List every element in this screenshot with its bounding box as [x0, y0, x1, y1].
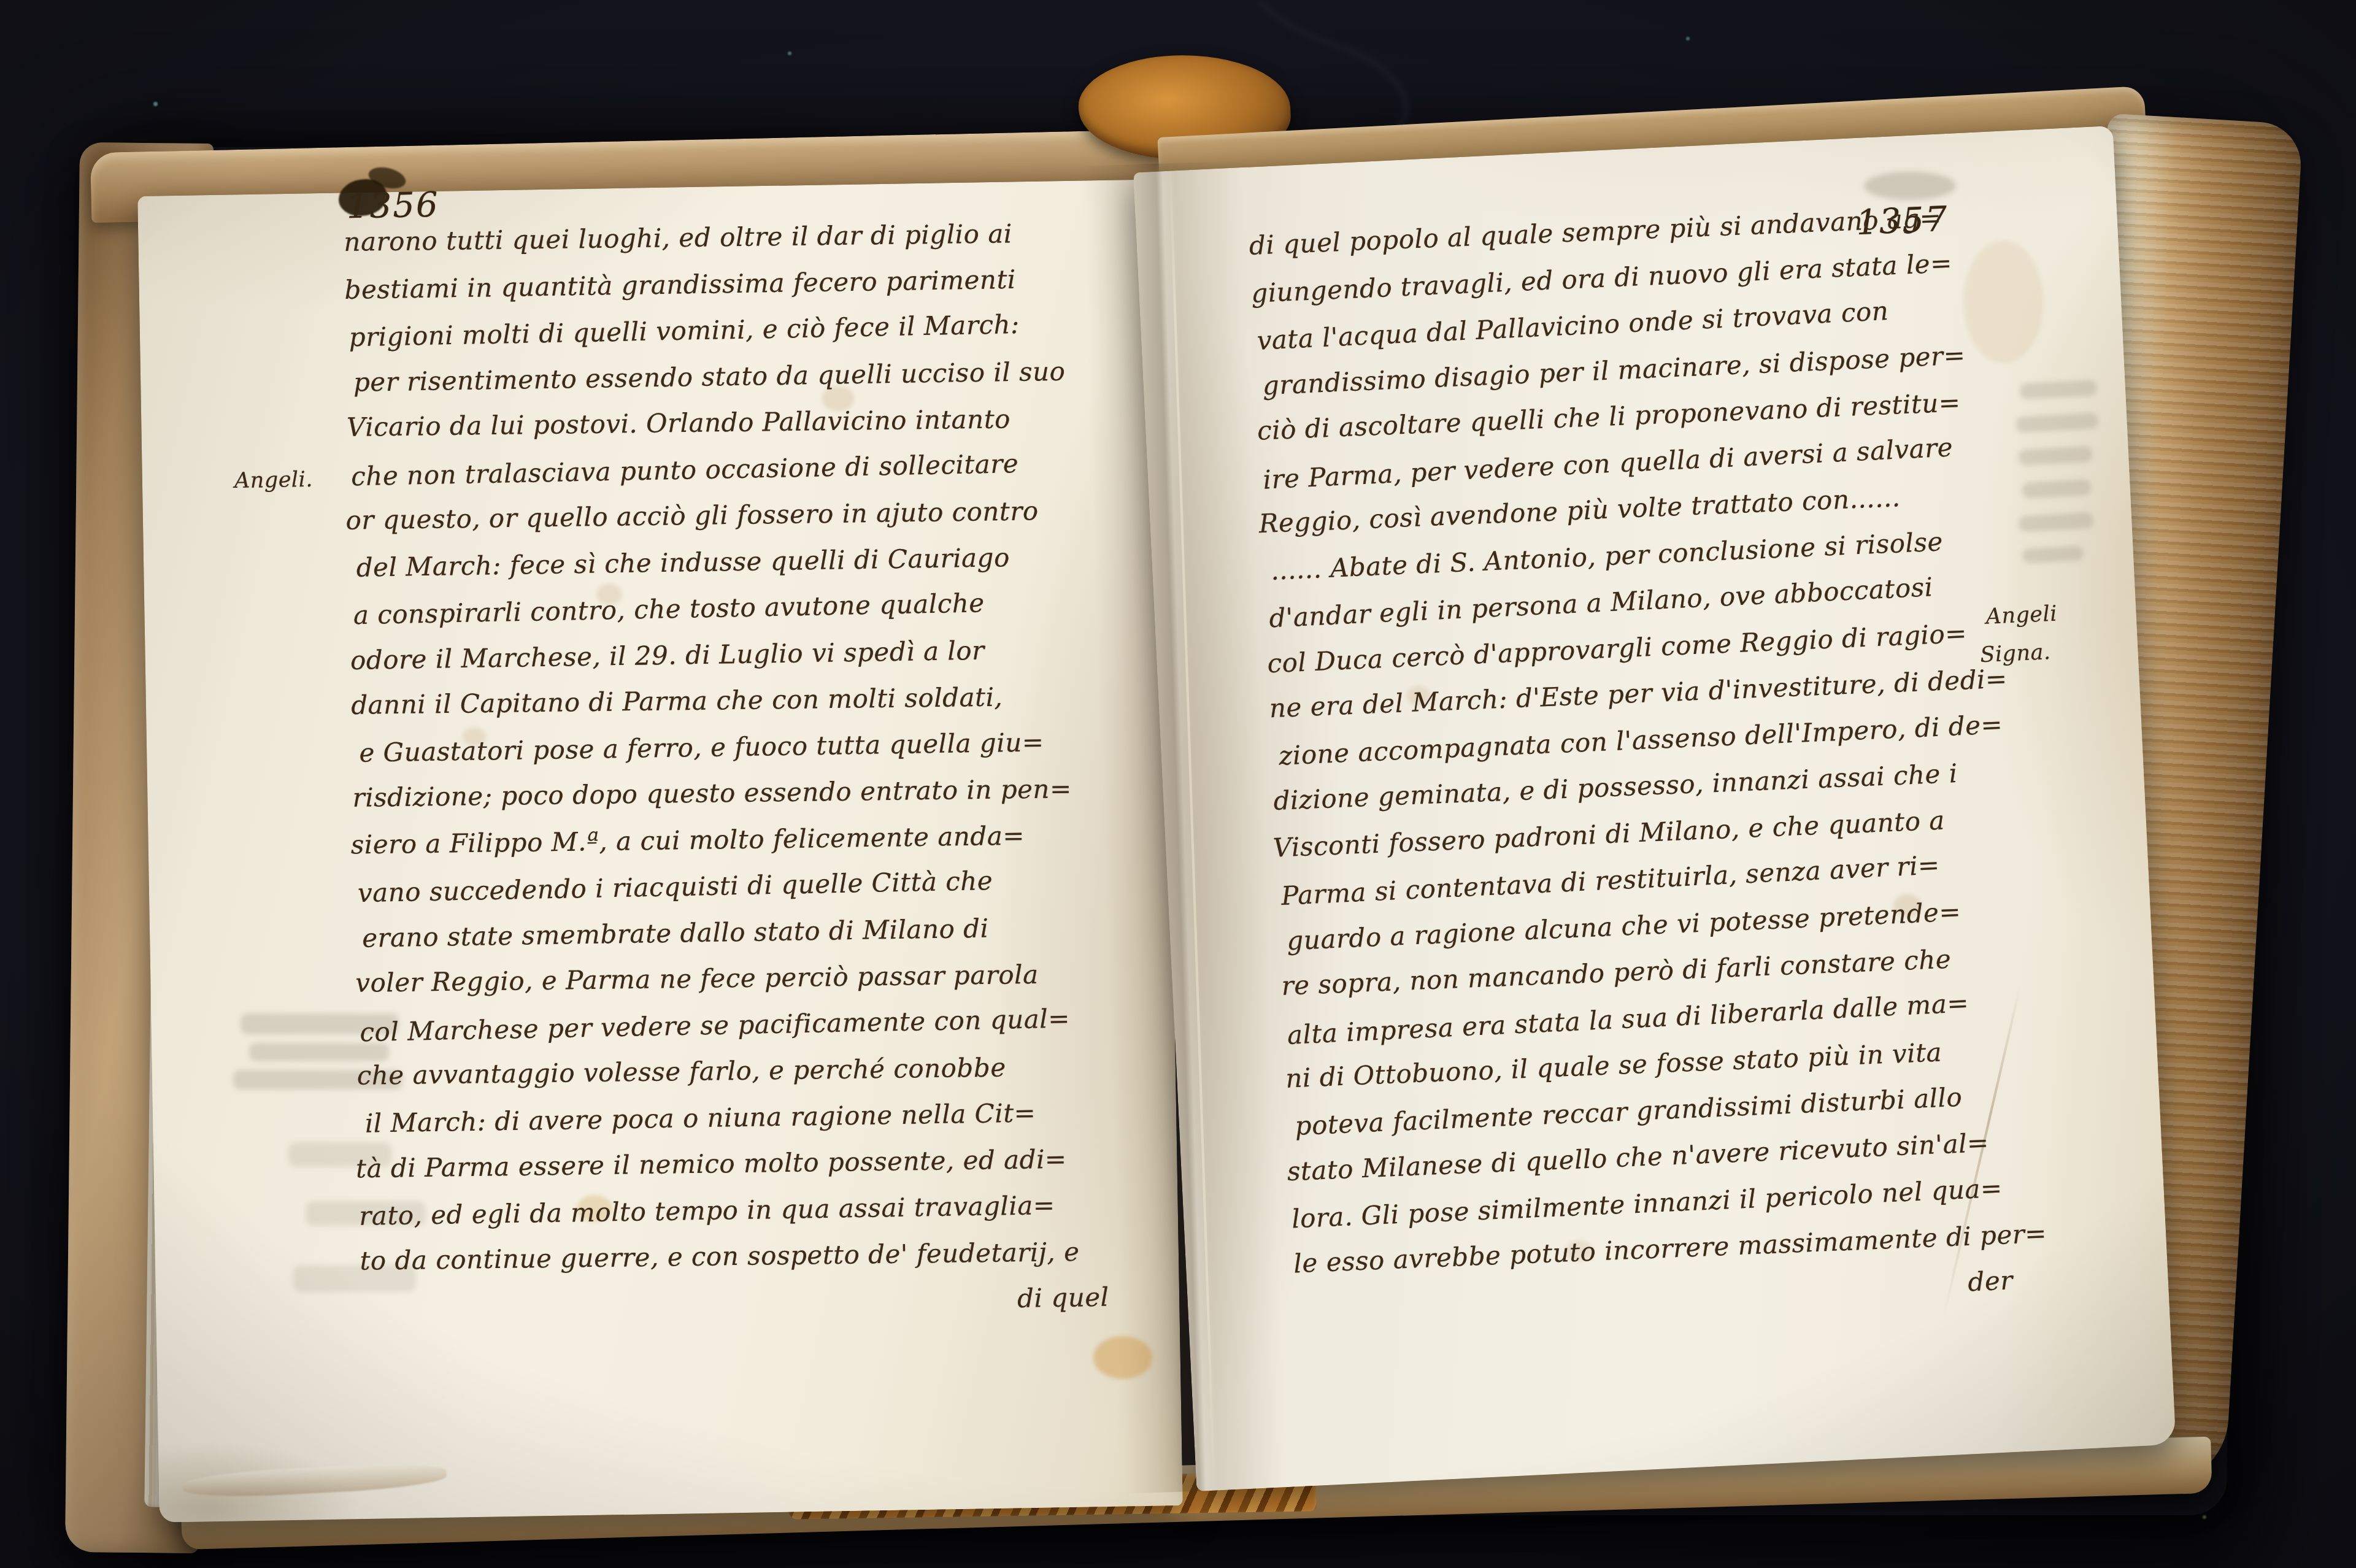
dust-speck	[2203, 1515, 2206, 1519]
dust-speck	[788, 52, 791, 55]
dust-speck	[153, 102, 158, 106]
photo-background: 1356 1357 Angeli. Angeli Signa. narono t…	[0, 0, 2356, 1568]
margin-note-left: Angeli.	[234, 467, 314, 493]
foxing-stain	[1093, 1336, 1152, 1379]
dust-speck	[1686, 37, 1690, 40]
left-page-lines: narono tutti quei luoghi, ed oltre il da…	[344, 216, 1152, 1294]
bleedthrough-smudge	[1864, 172, 1956, 200]
right-page-text: di quel popolo al quale sempre più si an…	[1249, 198, 2073, 1342]
left-page-text: narono tutti quei luoghi, ed oltre il da…	[344, 216, 1152, 1340]
right-page-lines: di quel popolo al quale sempre più si an…	[1249, 198, 2071, 1296]
page-number-left: 1356	[346, 185, 439, 227]
